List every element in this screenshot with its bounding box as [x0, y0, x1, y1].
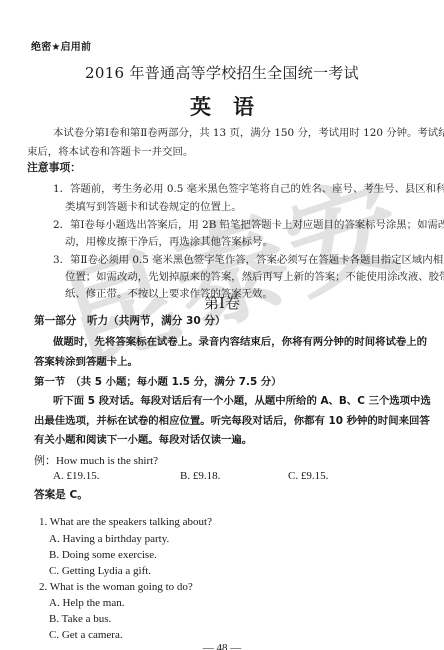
confidential-label: 绝密★启用前 [31, 38, 91, 53]
question-2-option-a: A. Help the man. [49, 597, 124, 609]
page-number: — 48 — [0, 642, 444, 650]
exam-page: 昆泰安 绝密★启用前 2016 年普通高等学校招生全国统一考试 英语 本试卷分第… [0, 0, 444, 650]
part1-instruction: 做题时，先将答案标在试卷上。录音内容结束后，你将有两分钟的时间将试卷上的 [53, 333, 427, 348]
exam-title: 2016 年普通高等学校招生全国统一考试 [0, 62, 444, 83]
note-item-2-cont: 动，用橡皮擦干净后，再选涂其他答案标号。 [65, 233, 273, 248]
example-option-b: B. £9.18. [180, 470, 220, 482]
intro-line: 束后，将本试卷和答题卡一并交回。 [27, 143, 193, 158]
question-1-option-c: C. Getting Lydia a gift. [49, 565, 151, 577]
note-item-1: 1．答题前，考生务必用 0.5 毫米黑色签字笔将自己的姓名、座号、考生号、县区和… [53, 180, 444, 195]
note-item-2: 2．第Ⅰ卷每小题选出答案后，用 2B 铅笔把答题卡上对应题目的答案标号涂黑；如需… [53, 216, 444, 231]
example-option-a: A. £19.15. [53, 470, 99, 482]
intro-line: 本试卷分第Ⅰ卷和第Ⅱ卷两部分，共 13 页，满分 150 分，考试用时 120 … [53, 124, 444, 139]
volume-title: 第Ⅰ卷 [0, 292, 444, 313]
note-item-1-cont: 类填写到答题卡和试卷规定的位置上。 [65, 198, 242, 213]
example-answer: 答案是 C。 [34, 487, 88, 502]
section1-instruction: 出最佳选项，并标在试卷的相应位置。听完每段对话后，你都有 10 秒钟的时间来回答 [34, 412, 430, 427]
question-2: 2. What is the woman going to do? [39, 581, 193, 593]
question-1-option-a: A. Having a birthday party. [49, 533, 169, 545]
section1-heading: 第一节 （共 5 小题；每小题 1.5 分，满分 7.5 分） [34, 373, 282, 388]
example-option-c: C. £9.15. [288, 470, 328, 482]
part1-instruction: 答案转涂到答题卡上。 [34, 353, 138, 368]
notes-heading: 注意事项： [27, 160, 81, 175]
section1-instruction: 有关小题和阅读下一小题。每段对话仅读一遍。 [34, 431, 252, 446]
note-item-3: 3．第Ⅱ卷必须用 0.5 毫米黑色签字笔作答，答案必须写在答题卡各题目指定区域内… [53, 251, 444, 266]
question-2-option-b: B. Take a bus. [49, 613, 111, 625]
section1-instruction: 听下面 5 段对话。每段对话后有一个小题，从题中所给的 A、B、C 三个选项中选 [53, 392, 431, 407]
part1-heading: 第一部分 听力（共两节，满分 30 分） [34, 313, 226, 328]
question-2-option-c: C. Get a camera. [49, 629, 123, 641]
question-1-option-b: B. Doing some exercise. [49, 549, 157, 561]
subject-title: 英语 [0, 91, 444, 121]
example-question: 例：How much is the shirt? [34, 452, 158, 468]
question-1: 1. What are the speakers talking about? [39, 516, 212, 528]
note-item-3-cont: 位置；如需改动，先划掉原来的答案，然后再写上新的答案；不能使用涂改液、胶带 [65, 268, 444, 283]
